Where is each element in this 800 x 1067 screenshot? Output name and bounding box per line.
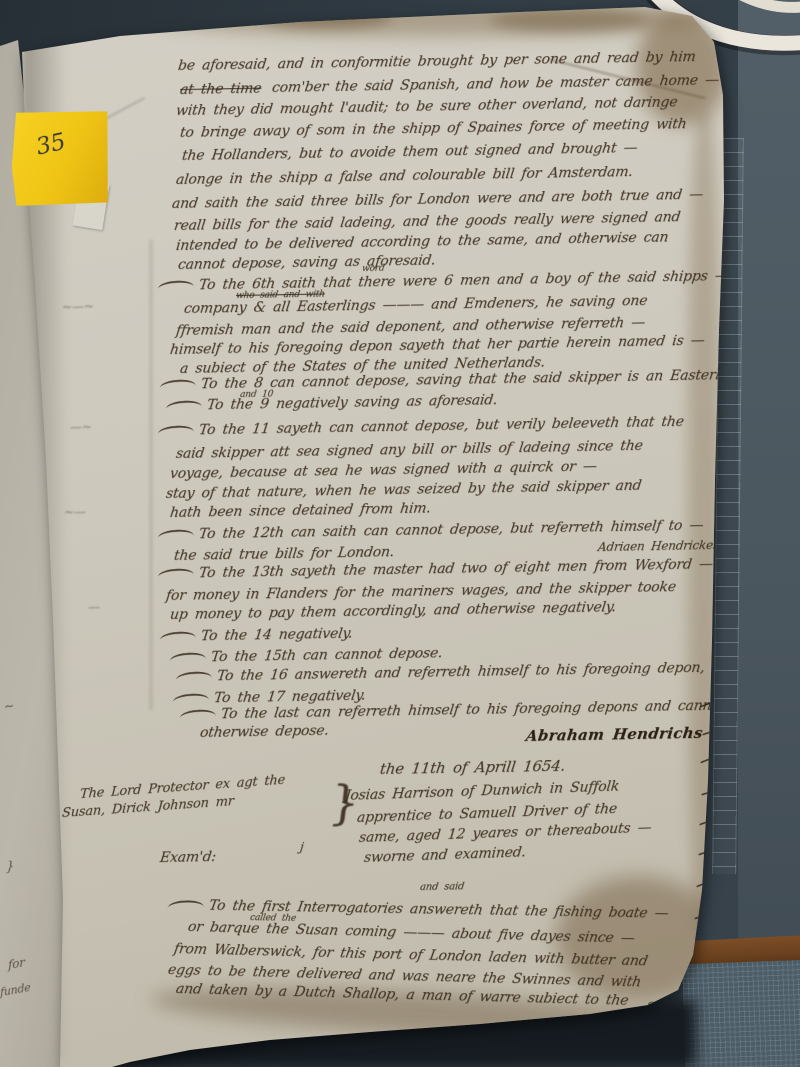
manuscript-line-text: word [361,264,385,274]
manuscript-line: — [701,725,714,741]
manuscript-line-text: the Hollanders, but to avoide them out s… [181,140,638,164]
manuscript-line-text: — [693,909,706,925]
manuscript-line-text: Adriaen Hendrickes [597,538,720,554]
paragraph-swash-flourish [160,630,197,645]
manuscript-line: hath been since detained from him. [169,500,432,521]
date-line: the 11th of Aprill 1654. [379,757,566,778]
witness-name: Adriaen Hendrickes [597,538,720,554]
manuscript-line-text: —~ [69,420,92,434]
manuscript-line: cannot depose, saving as aforesaid. [177,252,436,273]
manuscript-line-text: — [87,600,101,614]
manuscript-line-text: com'ber the said Spanish, and how be mas… [271,72,720,96]
paragraph-swash-flourish [173,692,210,707]
manuscript-line: To the 14 negatively. [159,626,353,645]
paragraph-swash-flourish [167,899,204,912]
manuscript-line: ~—~ [61,299,94,314]
manuscript-line: — [693,909,706,925]
handwriting-layer: be aforesaid, and in conformitie brought… [0,0,800,1067]
manuscript-line-text: sworne and examined. [363,844,526,866]
manuscript-line: To the 11 sayeth can cannot depose, but … [157,414,685,439]
manuscript-line-text: cannot depose, saving as aforesaid. [177,252,436,273]
manuscript-line-text: — [697,845,710,861]
manuscript-line: the Hollanders, but to avoide them out s… [181,140,638,164]
manuscript-line-text: Josias Harrison of Dunwich in Suffolk [344,778,620,804]
manuscript-line-text: hath been since detained from him. [169,500,432,521]
manuscript-line: — [694,876,707,893]
manuscript-line-text: j [299,840,304,854]
manuscript-line-text: To the 14 negatively. [200,626,353,645]
manuscript-line: j [299,840,304,854]
manuscript-line-text: — [698,814,711,831]
manuscript-line: intended to be delivered according to th… [175,229,669,254]
manuscript-line-text: stay of that nature, when he was seized … [165,478,642,502]
manuscript-line: to bringe away of som in the shipp of Sp… [179,116,687,141]
sticky-note: 35 [11,109,111,209]
manuscript-line: com'ber the said Spanish, and how be mas… [271,72,720,96]
manuscript-line: sworne and examined. [363,844,526,866]
manuscript-line: and saith the said three bills for Londo… [171,187,704,212]
manuscript-line: To the 15th can cannot depose. [169,645,443,666]
paragraph-swash-flourish [180,708,217,723]
manuscript-line-text: alonge in the shipp a false and colourab… [175,164,634,188]
manuscript-line: — [698,814,711,831]
manuscript-line: stay of that nature, when he was seized … [165,478,642,502]
paragraph-swash-flourish [158,279,195,294]
manuscript-line-text: — [701,725,714,741]
manuscript-line: To the first Interrogatories answereth t… [167,897,670,922]
manuscript-line: — [698,752,711,769]
paragraph-swash-flourish [158,528,195,543]
photograph-of-manuscript: forfunde~} be aforesaid, and in conformi… [0,0,800,1067]
examined-label: Exam'd: [159,849,217,866]
manuscript-line: To the 9 negatively saving as aforesaid. [165,392,498,414]
manuscript-line-text: otherwise depose. [199,723,330,741]
manuscript-line: at the time [179,81,262,98]
manuscript-line: — [697,845,710,861]
paragraph-swash-flourish [170,651,207,666]
manuscript-line-text: — [694,876,707,893]
manuscript-line: — [87,600,101,614]
manuscript-line-text: be aforesaid, and in conformitie brought… [177,49,697,74]
manuscript-line: States — [645,1000,708,1017]
manuscript-line: and said [419,881,464,893]
manuscript-line: voyage, because at sea he was signed wit… [169,459,598,482]
manuscript-line: —~ [69,420,92,434]
manuscript-line-text: at the time [179,81,262,98]
manuscript-page-wrapper: be aforesaid, and in conformitie brought… [0,0,800,1067]
manuscript-line: alonge in the shipp a false and colourab… [175,164,634,188]
paragraph-swash-flourish [158,567,195,582]
manuscript-line-text: voyage, because at sea he was signed wit… [169,459,598,482]
manuscript-line-text: — [698,752,711,769]
manuscript-line-text: ~— [63,505,86,519]
paragraph-swash-flourish [166,399,203,414]
manuscript-line-text: the 11th of Aprill 1654. [379,757,566,778]
manuscript-line-text: To the 11 sayeth can cannot depose, but … [198,414,685,438]
manuscript-line-text: To the 15th can cannot depose. [210,645,443,665]
manuscript-line: word [361,264,385,274]
manuscript-line: the said true bills for London. [173,544,395,564]
manuscript-line-text: Abraham Hendrichs [525,724,704,745]
signature: Abraham Hendrichs [525,724,704,745]
manuscript-line: ~— [63,505,86,519]
manuscript-line-text: States — [645,1000,708,1017]
paragraph-swash-flourish [176,670,213,685]
manuscript-line: — [700,785,712,801]
manuscript-line-text: intended to be delivered according to th… [175,229,669,254]
manuscript-line-text: and saith the said three bills for Londo… [171,187,704,212]
paragraph-swash-flourish [158,424,195,439]
manuscript-line-text: Exam'd: [159,849,217,866]
paragraph-swash-flourish [160,378,197,393]
deponent-name: Josias Harrison of Dunwich in Suffolk [344,778,620,804]
manuscript-line-text: the said true bills for London. [173,544,395,564]
manuscript-line-text: — [700,785,712,801]
manuscript-page: be aforesaid, and in conformitie brought… [0,0,800,1067]
manuscript-line-text: ~—~ [61,299,94,314]
manuscript-line-text: and said [419,881,464,893]
manuscript-line: otherwise depose. [199,723,330,741]
sticky-note-label: 35 [34,129,68,161]
manuscript-line: be aforesaid, and in conformitie brought… [177,49,697,74]
manuscript-line-text: to bringe away of som in the shipp of Sp… [179,116,687,141]
manuscript-line-text: with they did mought l'audit; to be sure… [175,94,678,119]
manuscript-line: with they did mought l'audit; to be sure… [175,94,678,119]
